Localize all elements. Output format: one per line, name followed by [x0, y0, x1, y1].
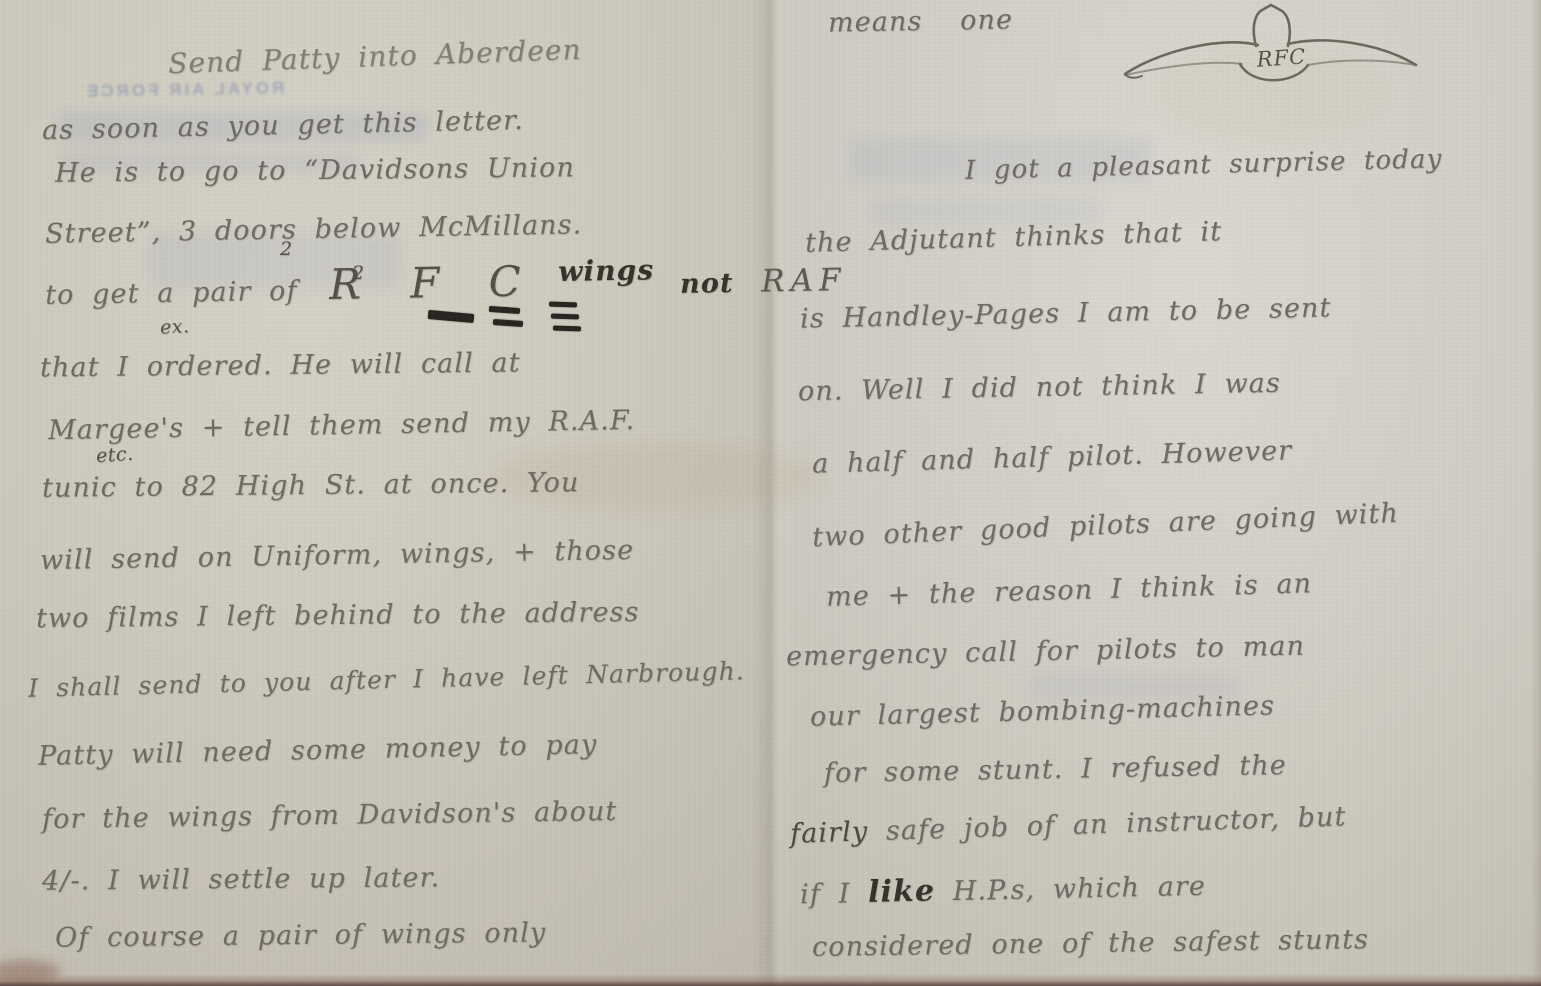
letterhead-bleedthrough-text: ROYAL AIR FORCE: [84, 78, 285, 101]
insertion-note: 2: [352, 262, 365, 284]
rfc-wings-icon: RFC: [1118, 2, 1428, 98]
page-right-edge-shadow: [1531, 0, 1541, 986]
letter-line: Of course a pair of wings only: [55, 917, 547, 953]
line-post: H.P.s, which are: [935, 871, 1207, 908]
line-pre: if I: [800, 878, 869, 910]
rfc-line-pre: to get a pair of: [45, 276, 298, 311]
page-bottom-edge: [0, 974, 1541, 986]
rfc-line-raf: RAF: [761, 262, 847, 299]
letter-line: two films I left behind to the address: [36, 597, 640, 634]
insertion-note: ex.: [159, 315, 190, 339]
letter-line: that I ordered. He will call at: [40, 347, 521, 383]
letter-line: He is to go to “Davidsons Union: [55, 152, 575, 188]
continuation-note: means one: [828, 4, 1014, 38]
letter-line: tunic to 82 High St. at once. You: [42, 467, 580, 504]
insertion-note: 2: [280, 238, 293, 260]
insertion-note: etc.: [95, 443, 134, 468]
emphasized-word: like: [868, 873, 936, 909]
rfc-line-not: not: [680, 268, 734, 300]
letter-scan: ROYAL AIR FORCE Send Patty into Aberdeen…: [0, 0, 1541, 986]
rfc-badge-label: RFC: [1255, 44, 1307, 71]
letter-line: 4/-. I will settle up later.: [42, 862, 441, 896]
rfc-line-wings: wings: [558, 253, 655, 288]
emphasized-word: fairly: [790, 816, 869, 849]
